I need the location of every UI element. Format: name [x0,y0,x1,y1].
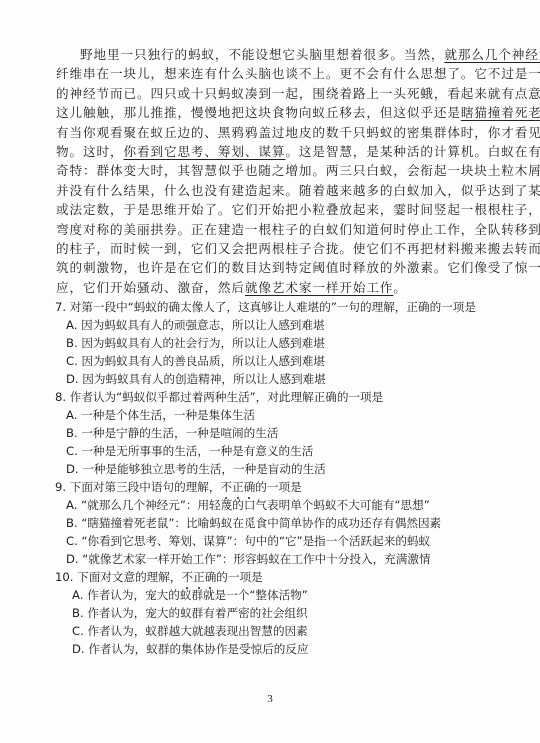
stem-text: 9. 下面对第三段中语句的理解， [55,480,220,494]
stem-text: 10. 下面对文意的理解， [55,570,181,584]
question-7: 7. 对第一段中“蚂蚁的确太像人了，这真够让人难堪的”一句的理解，正确的一项是 … [55,298,495,388]
passage-line: 或法定数，于是思维开始了。它们开始把小粒叠放起来，霎时间竖起一根根柱子，造成一个… [56,200,488,219]
emphasis-char: 正 [193,568,205,586]
option-a: A. 一种是个体生活，一种是集体生活 [55,406,495,424]
option-c: C. 作者认为，蚁群越大就越表现出智慧的因素 [55,622,495,640]
emphasis-char: 确 [244,478,256,496]
passage-line: 野地里一只独行的蚂蚁，不能设想它头脑里想着很多。当然，就那么几个神经元，让几根 [56,45,488,64]
question-list: 7. 对第一段中“蚂蚁的确太像人了，这真够让人难堪的”一句的理解，正确的一项是 … [55,298,495,658]
option-c: C. “你看到它思考、筹划、谋算”：句中的“它”是指一个活跃起来的蚂蚁 [55,532,495,550]
passage-text: 有当你观看聚在蚁丘边的、黑鸦鸦盖过地皮的数千只蚂蚁的密集群体时，你才看见那整个活 [56,125,540,140]
underlined-phrase: 就那么几个神经元 [444,47,540,62]
passage-text: 并没有什么结果，什么也没有建造起来。随着越来越多的白蚁加入，似乎达到了某种临界质… [56,183,540,198]
option-a: A. 因为蚂蚁具有人的顽强意志，所以让人感到难堪 [55,316,495,334]
option-b: B. 因为蚂蚁具有人的社会行为，所以让人感到难堪 [55,334,495,352]
question-stem: 7. 对第一段中“蚂蚁的确太像人了，这真够让人难堪的”一句的理解，正确的一项是 [55,298,495,316]
passage-text: 弯度对称的美丽拱券。正在建造一根柱子的白蚁们知道何时停止工作，全队转移到一根毗邻 [56,222,540,237]
option-a: A. 作者认为，宠大的蚁群就是一个“整体活物” [55,586,495,604]
option-d: D. 作者认为，蚁群的集体协作是受惊后的反应 [55,640,495,658]
passage-text: 。 [393,280,407,295]
option-a: A. “就那么几个神经元”：用轻蔑的口气表明单个蚂蚁不大可能有“思想” [55,496,495,514]
underlined-phrase: 瞎猫撞着死老鼠 [461,105,540,120]
passage-line: 并没有什么结果，什么也没有建造起来。随着越来越多的白蚁加入，似乎达到了某种临界质… [56,181,488,200]
underlined-phrase: 就像艺术家一样开始工作 [245,280,393,295]
passage-text: 筑的刺激物，也许是在它们的数目达到特定阈值时释放的外激素。它们像受了惊一样作出反 [56,260,540,275]
stem-text: 的一项是 [216,570,262,584]
reading-passage: 野地里一只独行的蚂蚁，不能设想它头脑里想着很多。当然，就那么几个神经元，让几根 … [56,45,488,297]
passage-line: 筑的刺激物，也许是在它们的数目达到特定阈值时释放的外激素。它们像受了惊一样作出反 [56,258,488,277]
emphasis-char: 正 [232,478,244,496]
question-stem: 10. 下面对文意的理解，不正确的一项是 [55,568,495,586]
question-8: 8. 作者认为“蚂蚁似乎都过着两种生活”，对此理解正确的一项是 A. 一种是个体… [55,388,495,478]
option-d: D. 一种是能够独立思考的生活，一种是盲动的生活 [55,460,495,478]
passage-text: 应，它们开始骚动、激奋，然后 [56,280,245,295]
passage-line: 纤维串在一块儿，想来连有什么头脑也谈不上。更不会有什么思想了。它不过是一段长着腿 [56,64,488,83]
passage-line: 弯度对称的美丽拱券。正在建造一根柱子的白蚁们知道何时停止工作，全队转移到一根毗邻 [56,220,488,239]
question-10: 10. 下面对文意的理解，不正确的一项是 A. 作者认为，宠大的蚁群就是一个“整… [55,568,495,658]
passage-line: 有当你观看聚在蚁丘边的、黑鸦鸦盖过地皮的数千只蚂蚁的密集群体时，你才看见那整个活 [56,123,488,142]
question-9: 9. 下面对第三段中语句的理解，不正确的一项是 A. “就那么几个神经元”：用轻… [55,478,495,568]
page-number: 3 [0,693,540,705]
option-c: C. 一种是无所事事的生活，一种是有意义的生活 [55,442,495,460]
option-c: C. 因为蚂蚁具有人的善良品质，所以让人感到难堪 [55,352,495,370]
question-stem: 8. 作者认为“蚂蚁似乎都过着两种生活”，对此理解正确的一项是 [55,388,495,406]
passage-line: 的柱子，而时候一到，它们又会把两根柱子合拢。使它们不再把材料搬来搬去转而着手集体… [56,239,488,258]
option-d: D. “就像艺术家一样开始工作”：形容蚂蚁在工作中十分投入，充满激情 [55,550,495,568]
passage-line: 的神经节而已。四只或十只蚂蚁凑到一起，围绕着路上一头死蛾，看起来就有点意思了。它… [56,84,488,103]
option-b: B. 一种是宁静的生活，一种是喧闹的生活 [55,424,495,442]
passage-text: 野地里一只独行的蚂蚁，不能设想它头脑里想着很多。当然， [80,47,444,62]
passage-text: 。这是智慧，是某种活的计算机。白蚁在有一个方面更为 [285,144,540,159]
emphasis-char: 不 [220,478,232,496]
passage-text: 的神经节而已。四只或十只蚂蚁凑到一起，围绕着路上一头死蛾，看起来就有点意思了。它… [56,86,540,101]
passage-text: 纤维串在一块儿，想来连有什么头脑也谈不上。更不会有什么思想了。它不过是一段长着腿 [56,66,540,81]
exam-page: 野地里一只独行的蚂蚁，不能设想它头脑里想着很多。当然，就那么几个神经元，让几根 … [0,0,540,743]
question-stem: 9. 下面对第三段中语句的理解，不正确的一项是 [55,478,495,496]
underlined-phrase: 你看到它思考、筹划、谋算 [123,144,285,159]
passage-text: 或法定数，于是思维开始了。它们开始把小粒叠放起来，霎时间竖起一根根柱子，造成一个… [56,202,540,217]
passage-text: 这儿触触，那儿推推，慢慢地把这块食物向蚁丘移去，但这似乎还是 [56,105,461,120]
passage-text: 的柱子，而时候一到，它们又会把两根柱子合拢。使它们不再把材料搬来搬去转而着手集体… [56,241,540,256]
passage-text: 物。这时， [56,144,123,159]
option-b: B. 作者认为，宠大的蚁群有着严密的社会组织 [55,604,495,622]
passage-line: 应，它们开始骚动、激奋，然后就像艺术家一样开始工作。 [56,278,488,297]
passage-line: 奇特：群体变大时，其智慧似乎也随之增加。两三只白蚁，会衔起一块块土粒木屑搬来搬去… [56,161,488,180]
emphasis-char: 不 [181,568,193,586]
passage-line: 这儿触触，那儿推推，慢慢地把这块食物向蚁丘移去，但这似乎还是瞎猫撞着死老鼠的事。… [56,103,488,122]
passage-line: 物。这时，你看到它思考、筹划、谋算。这是智慧，是某种活的计算机。白蚁在有一个方面… [56,142,488,161]
option-b: B. “瞎猫撞着死老鼠”：比喻蚂蚁在觅食中简单协作的成功还存有偶然因素 [55,514,495,532]
passage-text: 奇特：群体变大时，其智慧似乎也随之增加。两三只白蚁，会衔起一块块土粒木屑搬来搬去… [56,163,540,178]
option-d: D. 因为蚂蚁具有人的创造精神，所以让人感到难堪 [55,370,495,388]
emphasis-char: 确 [205,568,217,586]
stem-text: 的一项是 [255,480,301,494]
